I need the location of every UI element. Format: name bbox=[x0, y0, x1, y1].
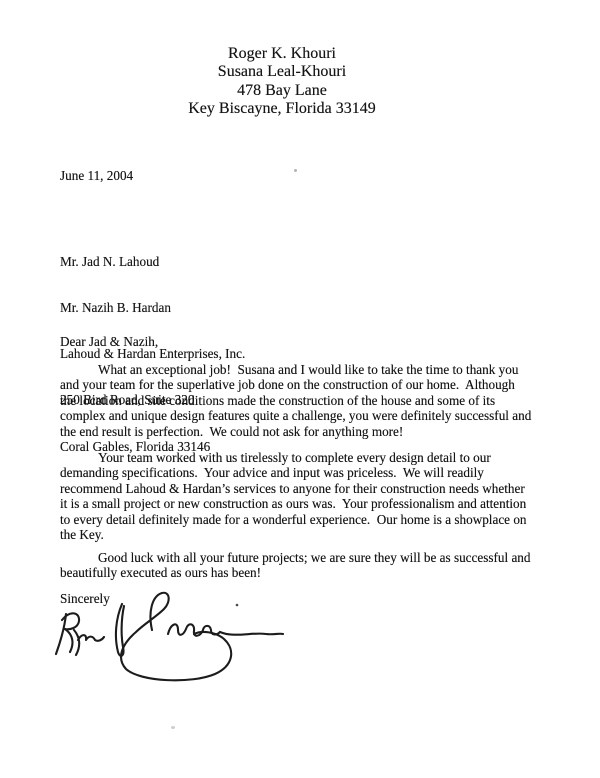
sender-city-state-zip: Key Biscayne, Florida 33149 bbox=[32, 100, 532, 118]
sender-name-2: Susana Leal-Khouri bbox=[32, 63, 532, 81]
body-paragraph-1: What an exceptional job! Susana and I wo… bbox=[60, 362, 531, 439]
recipient-name-2: Mr. Nazih B. Hardan bbox=[60, 300, 245, 315]
sender-name-1: Roger K. Khouri bbox=[32, 45, 532, 63]
body-paragraph-3: Good luck with all your future projects;… bbox=[60, 550, 531, 581]
scan-speck bbox=[294, 169, 297, 172]
signature-handwriting bbox=[52, 590, 292, 700]
letter-date: June 11, 2004 bbox=[60, 168, 133, 183]
body-paragraph-2: Your team worked with us tirelessly to c… bbox=[60, 450, 527, 542]
letter-page: Roger K. Khouri Susana Leal-Khouri 478 B… bbox=[0, 0, 600, 778]
scan-speck bbox=[171, 726, 175, 729]
sender-street: 478 Bay Lane bbox=[32, 82, 532, 100]
recipient-address: Mr. Jad N. Lahoud Mr. Nazih B. Hardan La… bbox=[60, 223, 245, 485]
letterhead: Roger K. Khouri Susana Leal-Khouri 478 B… bbox=[32, 45, 532, 119]
salutation: Dear Jad & Nazih, bbox=[60, 334, 158, 349]
recipient-name-1: Mr. Jad N. Lahoud bbox=[60, 254, 245, 269]
